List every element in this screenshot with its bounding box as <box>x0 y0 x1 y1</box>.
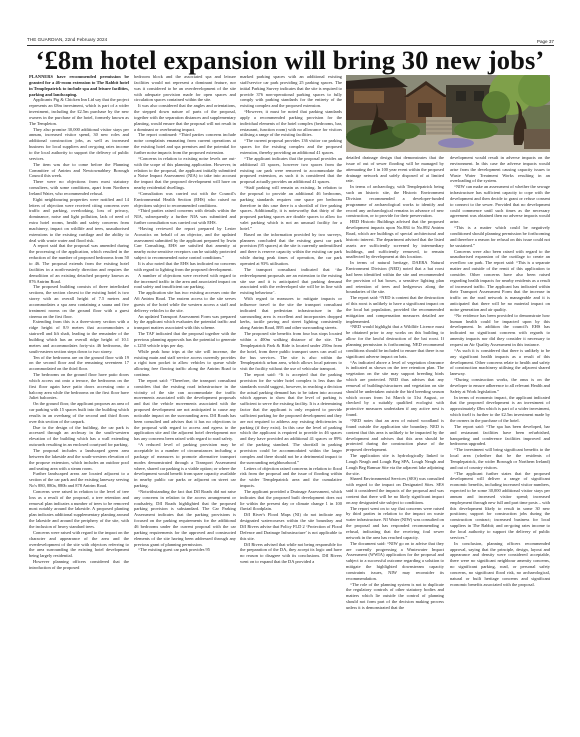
article-paragraph: Based on the information provided by two… <box>240 232 342 267</box>
article-paragraph: “However, it must be noted that parking … <box>240 109 342 138</box>
article-paragraph: detailed drainage design that demonstrat… <box>346 155 444 184</box>
hotel-photo <box>346 75 550 152</box>
article-paragraph: “As such it is considered that there is … <box>450 348 550 377</box>
article-paragraph: The report said: “NED is content that th… <box>346 295 444 324</box>
article-paragraph: “NED would highlight that a Wildlife Lic… <box>346 324 444 359</box>
article-paragraph: “The investment will bring significant b… <box>450 447 550 470</box>
article-paragraph: “The current proposal provides 136 visit… <box>240 138 342 156</box>
article-paragraph: A report said that the proposal was amen… <box>29 243 129 284</box>
article-paragraph: “Staff parking will remain as existing. … <box>240 185 342 232</box>
article-paragraph: The proposed building consists of three … <box>29 284 129 319</box>
article-paragraph: Letters of objection raised concerns in … <box>240 466 342 489</box>
article-column-3: marked parking spaces with an additional… <box>240 74 342 710</box>
article-paragraph: “The existing guest car park provides 95 <box>134 547 236 553</box>
article-column-2: bedroom block and the associated spa and… <box>134 74 236 710</box>
article-column-1: PLANNERS have recommended permission be … <box>29 74 129 682</box>
article-paragraph: The report said: “The spa has been devel… <box>450 424 550 447</box>
article-paragraph: The report said: “It is accepted that th… <box>240 372 342 466</box>
article-paragraph: In terms of natural heritage, DAERA Natu… <box>346 260 444 295</box>
article-paragraph: bedroom block and the associated spa and… <box>134 74 236 103</box>
article-paragraph: Due to the design of the building, the c… <box>29 425 129 448</box>
article-paragraph: “NED notes that an area of mixed woodlan… <box>346 418 444 453</box>
article-paragraph: They also promise 30,000 additional visi… <box>29 127 129 162</box>
article-paragraph: The item was due to come before the Plan… <box>29 162 129 180</box>
article-paragraph: “The applicant further states that the p… <box>450 471 550 541</box>
article-paragraph: While peak hour trips at the site will i… <box>134 349 236 378</box>
article-paragraph: “Having reviewed the report prepared by … <box>134 226 236 261</box>
page-number: Page 37 <box>537 39 554 44</box>
article-paragraph: The application site is hydrologically l… <box>346 453 444 476</box>
article-paragraph: “During construction works, the onus is … <box>450 377 550 395</box>
article-paragraph: Concerns were raised with regard to the … <box>29 530 129 559</box>
article-paragraph: The report continued: “Third parties con… <box>134 132 236 155</box>
article-lead-paragraph: PLANNERS have recommended permission be … <box>29 74 129 97</box>
article-paragraph: marked parking spaces with an additional… <box>240 74 342 109</box>
article-paragraph: The proposed site benefits from four bus… <box>240 331 342 372</box>
article-column-4: detailed drainage design that demonstrat… <box>346 155 444 705</box>
article-paragraph: Further landscaped areas are located adj… <box>29 471 129 489</box>
article-paragraph: In terms of economic impact, the applica… <box>450 395 550 424</box>
article-paragraph: An updated Transport Assessment Form was… <box>134 314 236 332</box>
article-paragraph: “Notwithstanding the fact that DfI Roads… <box>134 489 236 547</box>
article-paragraph: The report said: “Therefore, the transpo… <box>134 378 236 442</box>
article-paragraph: However planning officers considered tha… <box>29 559 129 571</box>
article-paragraph: “As indicated above a level of vegetatio… <box>346 360 444 418</box>
article-paragraph: The TAF indicated that the proposal toge… <box>134 331 236 349</box>
article-paragraph: “Concerns in relation to existing noise … <box>134 156 236 191</box>
article-paragraph: DfI Rivers advised that while not being … <box>240 542 342 565</box>
article-paragraph: “The role of the planning system is not … <box>346 582 444 611</box>
article-paragraph: HED Historic Buildings advised that the … <box>346 219 444 260</box>
article-paragraph: The bedrooms on the ground floor have pa… <box>29 372 129 401</box>
article-paragraph: “Consultation was carried out with the C… <box>134 191 236 209</box>
article-paragraph: “The applicant indicates that the propos… <box>240 156 342 185</box>
article-paragraph: The applicant provided a Drainage Assess… <box>240 489 342 512</box>
article-paragraph: In conclusion, planning officers recomme… <box>450 541 550 588</box>
article-paragraph: “NIW can make an assessment of whether t… <box>450 184 550 225</box>
article-paragraph: The application site has two existing ac… <box>134 290 236 313</box>
article-paragraph: In terms of archaeology, with Templepatr… <box>346 184 444 219</box>
article-paragraph: There were no objections from most statu… <box>29 179 129 197</box>
article-paragraph: The report went on to say that concerns … <box>346 506 444 541</box>
article-paragraph: It is also noted that the EHS has indica… <box>134 261 236 273</box>
article-column-5: development would result in adverse impa… <box>450 155 550 695</box>
article-paragraph: The transport consultant indicated that … <box>240 267 342 296</box>
article-paragraph: “A reduced level of parking provision ma… <box>134 442 236 489</box>
article-paragraph: “Third parties raised concerns with deta… <box>134 208 236 226</box>
article-paragraph: On the ground floor, the applicant propo… <box>29 401 129 424</box>
article-paragraph: “No evidence has been provided to demons… <box>450 313 550 348</box>
article-paragraph: Concerns were also been raised with rega… <box>450 249 550 313</box>
article-headline: ‘£8m hotel expansion will bring 30 new j… <box>24 45 556 75</box>
article-paragraph: Extending from this is a three-storey se… <box>29 319 129 354</box>
article-paragraph: Eight neighbouring properties were notif… <box>29 197 129 244</box>
article-paragraph: Concerns were raised in relation to the … <box>29 489 129 530</box>
article-paragraph: Shared Environmental Services (SES) was … <box>346 476 444 505</box>
article-paragraph: “This is a matter which could be negativ… <box>450 225 550 248</box>
article-paragraph: A number of objections were received wit… <box>134 273 236 291</box>
article-paragraph: Applicants Pig & Chicken Inn Ltd say tha… <box>29 97 129 126</box>
article-paragraph: It was also considered that the angles a… <box>134 103 236 132</box>
article-paragraph: The document said: “NIW go on to advise … <box>346 541 444 582</box>
photo-image-icon <box>346 75 550 152</box>
article-paragraph: Ten of the bedrooms are on the ground fl… <box>29 355 129 373</box>
article-paragraph: development would result in adverse impa… <box>450 155 550 184</box>
newspaper-dateline: THE GUARDIAN, 22nd February 2024 <box>27 37 107 42</box>
article-paragraph: The proposal includes a landscaped green… <box>29 448 129 471</box>
article-paragraph: With regard to measures to mitigate impa… <box>240 296 342 331</box>
article-paragraph: DfI River's Flood Maps (NI) do not indic… <box>240 512 342 541</box>
